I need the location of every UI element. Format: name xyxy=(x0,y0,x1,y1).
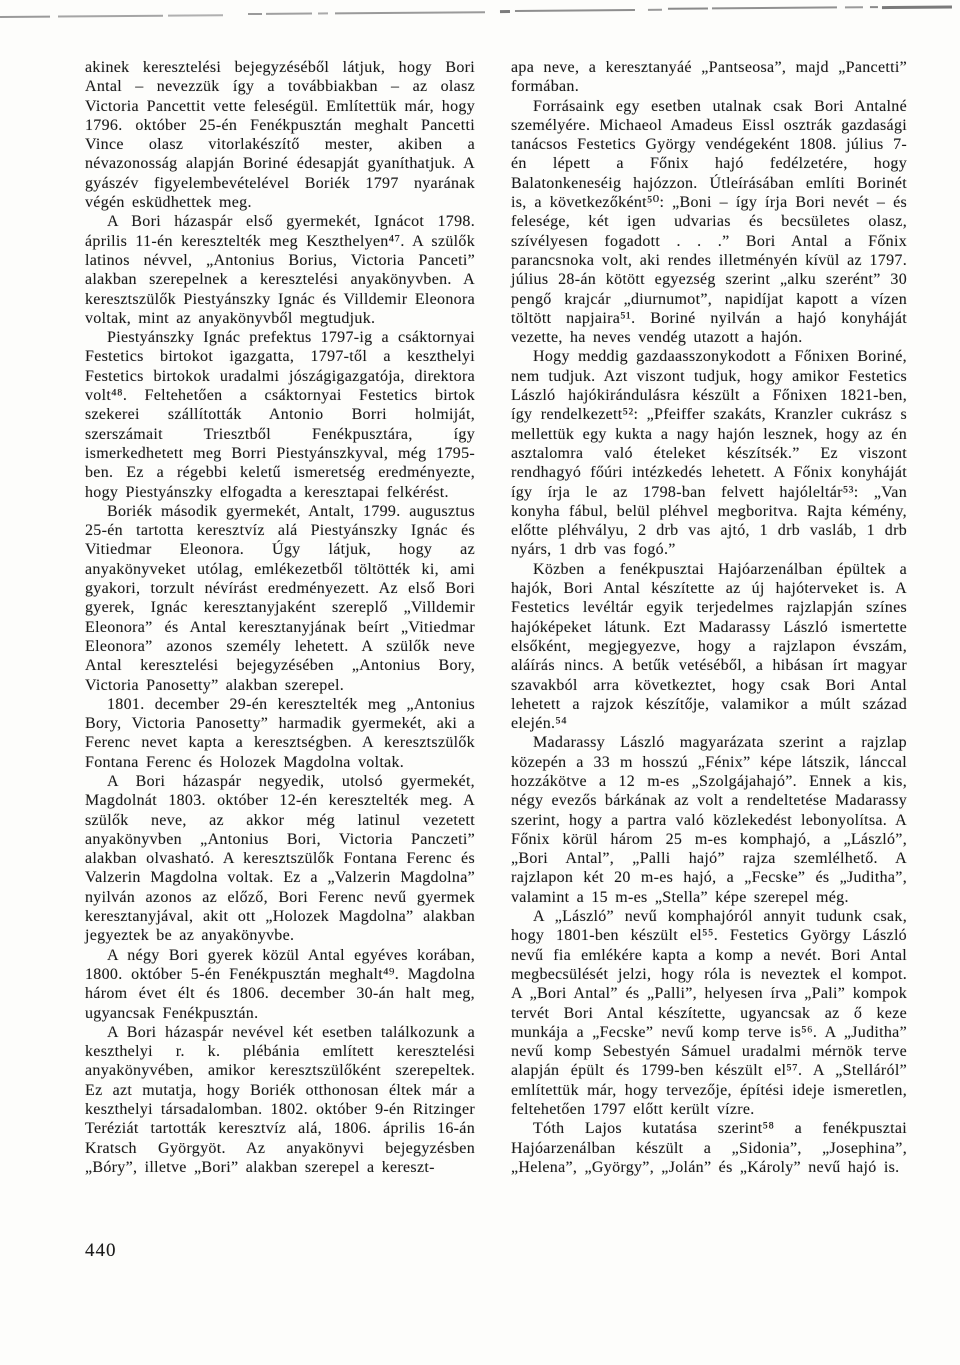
scan-artifact-line xyxy=(0,5,960,18)
paragraph: A Bori házaspár első gyermekét, Ignácot … xyxy=(85,212,475,328)
scan-artifact-segment xyxy=(0,16,50,18)
paragraph: A Bori házaspár nevével két esetben talá… xyxy=(85,1023,475,1177)
text-column-left: akinek keresztelési bejegyzéséből látjuk… xyxy=(85,58,475,1177)
paragraph: akinek keresztelési bejegyzéséből látjuk… xyxy=(85,58,475,212)
text-column-right: apa neve, a keresztanyáé „Pantseosa”, ma… xyxy=(511,58,907,1177)
scan-artifact-segment xyxy=(266,13,312,15)
paragraph: A Bori házaspár negyedik, utolsó gyermek… xyxy=(85,772,475,946)
scan-artifact-segment xyxy=(318,12,328,14)
scan-artifact-segment xyxy=(248,13,262,15)
scan-artifact-segment xyxy=(500,10,510,13)
paragraph: 1801. december 29-én keresztelték meg „A… xyxy=(85,695,475,772)
document-page: akinek keresztelési bejegyzéséből látjuk… xyxy=(0,0,960,1365)
paragraph: Forrásaink egy esetben utalnak csak Bori… xyxy=(511,97,907,348)
scan-artifact-segment xyxy=(882,6,952,10)
paragraph: Boriék második gyermekét, Antalt, 1799. … xyxy=(85,502,475,695)
page-number: 440 xyxy=(85,1240,117,1262)
scan-artifact-segment xyxy=(515,9,635,12)
paragraph: Madarassy László magyarázata szerint a r… xyxy=(511,733,907,907)
paragraph: A négy Bori gyerek közül Antal egyéves k… xyxy=(85,946,475,1023)
scan-artifact-segment xyxy=(58,15,163,18)
scan-artifact-segment xyxy=(168,14,223,16)
paragraph: apa neve, a keresztanyáé „Pantseosa”, ma… xyxy=(511,58,907,97)
scan-artifact-segment xyxy=(870,6,878,8)
scan-artifact-segment xyxy=(335,11,485,14)
scan-artifact-segment xyxy=(845,6,863,8)
paragraph: Tóth Lajos kutatása szerint⁵⁸ a fenékpus… xyxy=(511,1119,907,1177)
scan-artifact-segment xyxy=(648,9,662,11)
paragraph: Piestyánszky Ignác prefektus 1797-ig a c… xyxy=(85,328,475,502)
paragraph: Közben a fenékpusztai Hajóarzenálban épü… xyxy=(511,560,907,734)
scan-artifact-segment xyxy=(668,7,708,9)
paragraph: A „László” nevű komphajóról annyit tudun… xyxy=(511,907,907,1119)
scan-artifact-segment xyxy=(712,6,837,9)
paragraph: Hogy meddig gazdaasszonykodott a Főnixen… xyxy=(511,347,907,559)
